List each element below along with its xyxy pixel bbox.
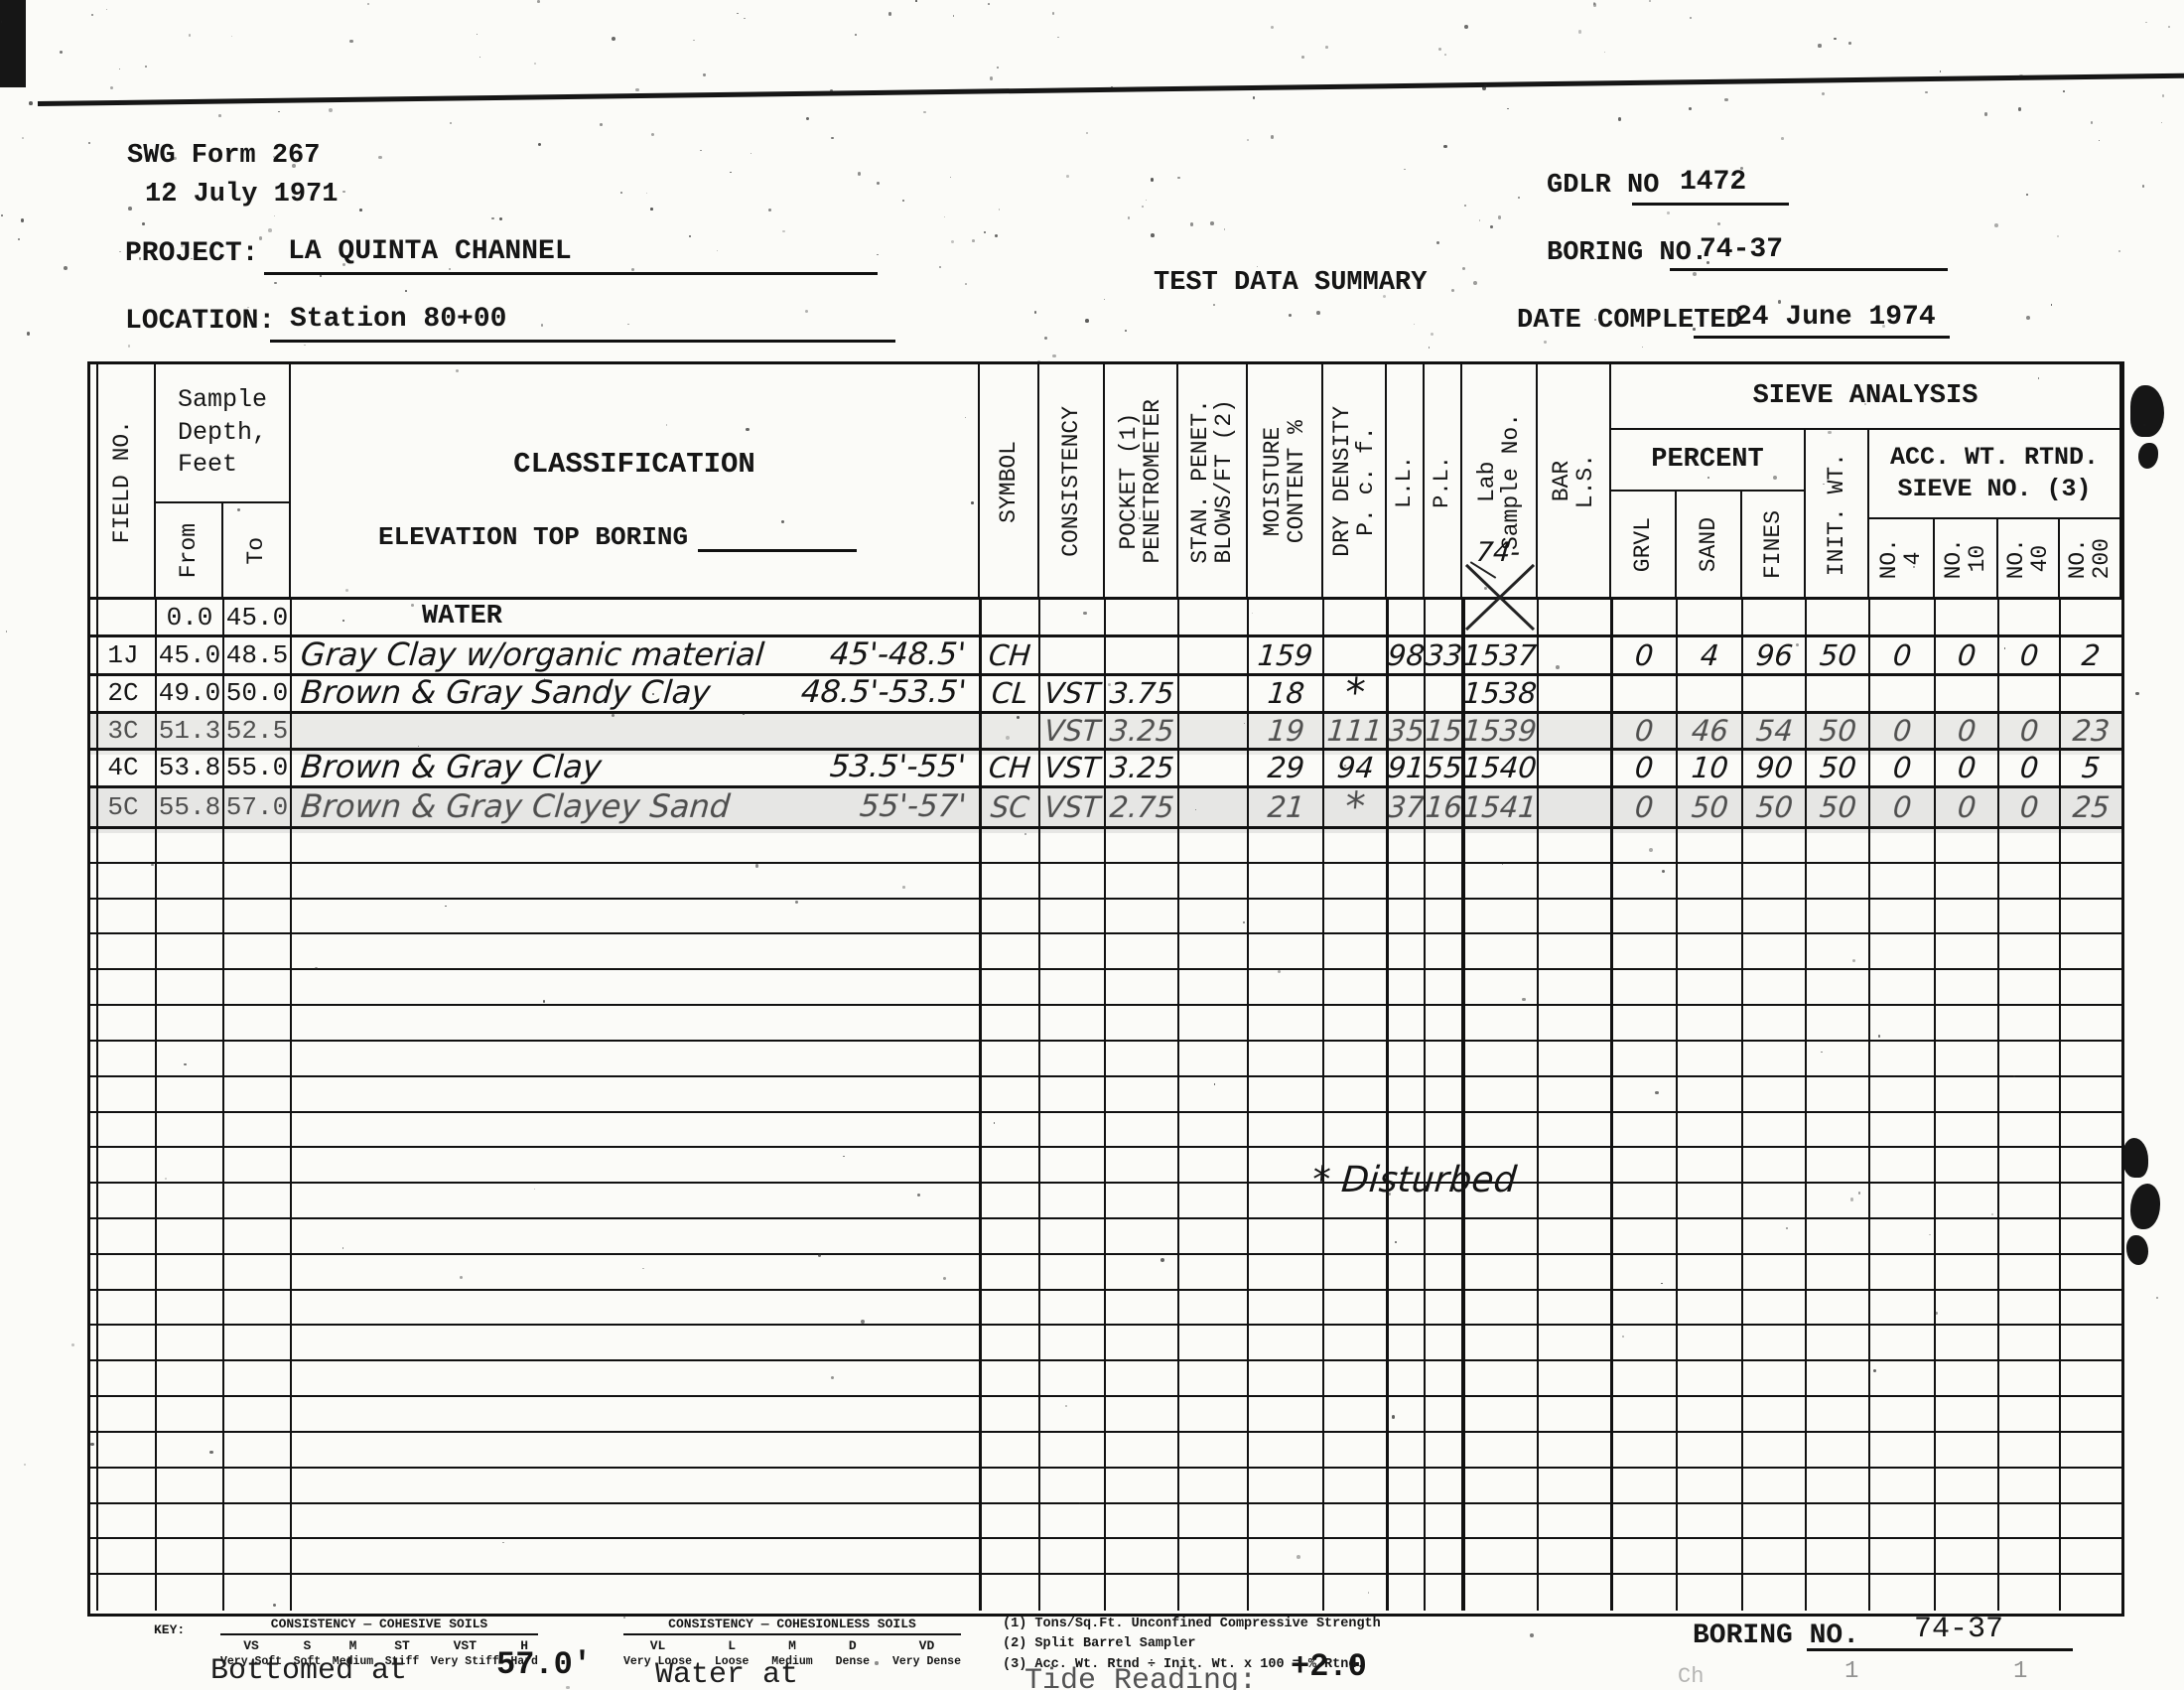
scan-noise-speck <box>1649 0 1651 2</box>
scan-noise-speck <box>2145 22 2147 24</box>
scan-noise-speck <box>620 192 622 194</box>
classification-cell: Brown & Gray Clayey Sand55'-57' <box>291 780 980 831</box>
to-header: To <box>223 503 291 599</box>
table-cell-init: 50 <box>1806 784 1869 829</box>
table-cell-grvl: 0 <box>1611 747 1677 788</box>
scan-noise-speck <box>1848 42 1851 45</box>
scan-noise-speck <box>1498 215 1502 219</box>
scan-noise-speck <box>479 57 480 58</box>
percent-header: PERCENT <box>1611 430 1806 492</box>
scan-noise-speck <box>953 15 954 16</box>
percent-header-label: PERCENT <box>1651 445 1763 475</box>
bar-ls-header-label: BAR L.S. <box>1550 454 1597 508</box>
field-value: 5C <box>107 792 138 822</box>
n10-value: 0 <box>1956 751 1977 784</box>
moist-value: 18 <box>1266 676 1305 710</box>
table-cell-symbol: CH <box>980 747 1039 788</box>
sieve-analysis-header: SIEVE ANALYSIS <box>1611 364 2121 430</box>
location-label: LOCATION: <box>125 306 275 337</box>
table-cell-field: 2C <box>90 672 156 714</box>
scan-noise-speck <box>1530 1633 1534 1637</box>
n200-value: 2 <box>2080 638 2101 672</box>
faint-sheet-mark: Ch <box>1678 1664 1704 1689</box>
table-hline <box>90 1467 2121 1469</box>
from-value: 0.0 <box>167 603 213 633</box>
init-value: 50 <box>1818 790 1857 824</box>
scan-noise-speck <box>1247 139 1249 141</box>
scan-noise-speck <box>666 424 667 425</box>
scan-noise-speck <box>1289 314 1292 317</box>
table-cell-n40: 0 <box>1998 634 2060 676</box>
scan-noise-speck <box>1429 347 1430 348</box>
scan-ink-blob <box>2130 1184 2160 1229</box>
consistency-header-label: CONSISTENCY <box>1059 406 1083 557</box>
scan-noise-speck <box>831 137 833 139</box>
from-value: 45.0 <box>159 640 220 670</box>
scan-ink-blob <box>2122 1138 2148 1178</box>
table-cell-moist: 159 <box>1248 634 1323 676</box>
scan-noise-speck <box>1151 233 1155 237</box>
scan-noise-speck <box>746 428 749 431</box>
scan-noise-speck <box>1822 92 1826 96</box>
scan-noise-speck <box>1834 38 1837 41</box>
table-cell-from: 53.8 <box>156 747 223 788</box>
from-value: 55.8 <box>159 792 220 822</box>
field-value: 4C <box>107 753 138 782</box>
ll-value: 98 <box>1386 638 1426 672</box>
table-hline <box>90 898 2121 900</box>
scan-noise-speck <box>1518 197 1520 199</box>
scan-noise-speck <box>1213 304 1215 306</box>
lab-value: 1539 <box>1462 714 1539 748</box>
scan-noise-speck <box>855 34 857 36</box>
scan-noise-speck <box>534 1189 535 1190</box>
scan-noise-speck <box>2026 316 2030 320</box>
scan-noise-speck <box>29 101 33 105</box>
pl-value: 16 <box>1424 790 1463 824</box>
scan-noise-speck <box>359 209 362 211</box>
sand-value: 4 <box>1699 638 1719 672</box>
symbol-header-label: SYMBOL <box>997 441 1021 523</box>
from-value: 49.0 <box>159 678 220 708</box>
table-cell-n40: 0 <box>1998 747 2060 788</box>
scan-noise-speck <box>1436 241 1439 244</box>
scan-noise-speck <box>1852 959 1855 962</box>
scan-ink-blob <box>2126 1235 2148 1265</box>
scan-noise-speck <box>2162 94 2165 97</box>
scan-noise-speck <box>184 1063 186 1065</box>
scan-noise-speck <box>1858 1192 1860 1194</box>
scan-noise-speck <box>1882 325 1885 328</box>
table-cell-fines: 90 <box>1742 747 1806 788</box>
table-cell-pl: 16 <box>1425 784 1462 829</box>
scan-noise-speck <box>71 1343 74 1346</box>
scan-noise-speck <box>304 345 306 347</box>
scan-noise-speck <box>345 589 348 592</box>
location-underline <box>270 310 895 343</box>
field-value: 2C <box>107 678 138 708</box>
scan-noise-speck <box>971 501 974 504</box>
ll-value: 35 <box>1386 714 1426 748</box>
scan-noise-speck <box>274 215 276 217</box>
scan-noise-speck <box>378 156 381 159</box>
scan-noise-speck <box>1935 1312 1938 1315</box>
table-cell-consist: VST <box>1039 784 1105 829</box>
table-cell-to: 52.5 <box>223 710 291 751</box>
scan-noise-speck <box>751 153 751 154</box>
scan-noise-speck <box>902 886 905 889</box>
project-label: PROJECT: <box>125 238 258 269</box>
scan-noise-speck <box>1482 86 1486 90</box>
scan-noise-speck <box>1593 3 1597 7</box>
scan-noise-speck <box>2143 424 2145 426</box>
grvl-header: GRVL <box>1611 492 1677 599</box>
pl-value: 55 <box>1424 751 1463 784</box>
grvl-value: 0 <box>1633 638 1654 672</box>
sand-value: 10 <box>1690 751 1729 784</box>
scan-noise-speck <box>268 228 272 232</box>
scan-noise-speck <box>21 218 24 221</box>
table-cell-ll: 37 <box>1387 784 1425 829</box>
scan-noise-speck <box>2018 107 2021 110</box>
scan-noise-speck <box>730 172 732 174</box>
scan-noise-speck <box>1984 112 1987 115</box>
table-cell-grvl: 0 <box>1611 634 1677 676</box>
n40-value: 0 <box>2018 790 2039 824</box>
scan-noise-speck <box>90 1443 94 1447</box>
ll-value: 37 <box>1386 790 1426 824</box>
scan-noise-speck <box>1052 354 1056 358</box>
moist-value: 159 <box>1257 638 1314 672</box>
table-cell-sand: 4 <box>1677 634 1742 676</box>
key-cohesionless-title: CONSISTENCY — COHESIONLESS SOILS <box>623 1617 961 1635</box>
scan-noise-speck <box>209 1451 212 1454</box>
bar-ls-header: BAR L.S. <box>1538 364 1611 599</box>
table-cell-n40: 0 <box>1998 710 2060 751</box>
depth-range-text: 55'-57' <box>858 788 967 824</box>
scan-noise-speck <box>1044 337 1047 340</box>
fines-value: 96 <box>1754 638 1794 672</box>
init-value: 50 <box>1818 714 1857 748</box>
table-hline <box>90 1040 2121 1042</box>
lab-value: 1538 <box>1462 676 1539 710</box>
scan-noise-speck <box>2118 250 2120 252</box>
scan-noise-speck <box>1994 223 1998 227</box>
grvl-header-label: GRVL <box>1631 517 1655 572</box>
table-hline <box>90 968 2121 970</box>
table-cell-dry: 94 <box>1323 747 1387 788</box>
scan-noise-speck <box>1210 221 1214 225</box>
table-cell-n200: 25 <box>2060 784 2121 829</box>
table-cell-from: 55.8 <box>156 784 223 829</box>
cohesive-key-item-abbr: VST <box>431 1638 499 1653</box>
sieve-analysis-header-label: SIEVE ANALYSIS <box>1753 381 1979 411</box>
scan-noise-speck <box>145 66 146 67</box>
table-cell-sand: 46 <box>1677 710 1742 751</box>
x-mark-icon <box>1462 559 1538 635</box>
scan-noise-speck <box>106 9 107 10</box>
table-left-double-line <box>96 361 98 1611</box>
scan-noise-speck <box>1214 1083 1215 1084</box>
scan-noise-speck <box>1006 736 1010 740</box>
scan-noise-speck <box>806 117 809 120</box>
scan-noise-speck <box>1271 26 1274 29</box>
scan-noise-speck <box>1128 216 1130 218</box>
scan-noise-speck <box>6 631 7 632</box>
grvl-value: 0 <box>1633 751 1654 784</box>
cohesionless-key-item-abbr: L <box>715 1638 750 1653</box>
moist-value: 29 <box>1266 751 1305 784</box>
scan-noise-speck <box>1479 219 1481 221</box>
table-cell-ll: 35 <box>1387 710 1425 751</box>
table-cell-n4: 0 <box>1869 710 1935 751</box>
scan-noise-speck <box>689 235 692 238</box>
pocket-value: 3.75 <box>1108 676 1175 710</box>
scan-noise-speck <box>1066 175 1069 178</box>
scan-noise-speck <box>1689 107 1692 110</box>
scan-noise-speck <box>1473 281 1477 285</box>
acc-wt-header: ACC. WT. RTND. SIEVE NO. (3) <box>1869 430 2121 519</box>
n10-value: 0 <box>1956 790 1977 824</box>
grvl-value: 0 <box>1633 790 1654 824</box>
classification-text: Brown & Gray Clayey Sand <box>299 787 732 825</box>
scan-noise-speck <box>60 51 63 54</box>
scan-noise-speck <box>1706 261 1709 264</box>
table-cell-grvl: 0 <box>1611 710 1677 751</box>
scan-noise-speck <box>877 182 880 185</box>
scan-noise-speck <box>2026 194 2028 196</box>
scan-noise-speck <box>405 290 407 292</box>
sample-depth-header: Sample Depth, Feet <box>156 364 291 503</box>
dry-density-header-label: DRY DENSITY P. c. f. <box>1330 406 1378 557</box>
scan-noise-speck <box>329 108 333 112</box>
classification-cell: Brown & Gray Sandy Clay48.5'-53.5' <box>291 668 980 716</box>
fines-value: 50 <box>1754 790 1794 824</box>
scan-noise-speck <box>1052 12 1055 15</box>
consist-value: VST <box>1043 676 1102 710</box>
scan-noise-speck <box>650 208 653 211</box>
init-value: 50 <box>1818 638 1857 672</box>
bottomed-at-value: 57.0' <box>496 1646 592 1683</box>
scan-noise-speck <box>755 864 758 867</box>
key-footnote: (1) Tons/Sq.Ft. Unconfined Compressive S… <box>1003 1615 1381 1634</box>
scan-noise-speck <box>782 230 784 232</box>
key-label: KEY: <box>154 1622 185 1637</box>
scan-noise-speck <box>1146 200 1147 201</box>
scan-noise-speck <box>1796 643 1799 646</box>
table-cell-field: 1J <box>90 634 156 676</box>
scan-noise-speck <box>342 191 344 193</box>
scan-noise-speck <box>27 332 31 336</box>
scan-noise-speck <box>1667 211 1670 214</box>
scan-corner-mark <box>0 0 26 87</box>
scan-noise-speck <box>1017 716 1020 719</box>
doc-title: TEST DATA SUMMARY <box>1154 268 1427 298</box>
table-hline <box>90 1146 2121 1148</box>
init-wt-header-label: INIT. WT. <box>1825 453 1848 576</box>
table-hline <box>90 1431 2121 1433</box>
test-data-table: FIELD NO.Sample Depth, FeetFromToCLASSIF… <box>87 361 2124 1617</box>
sample-depth-header-label: Sample Depth, Feet <box>178 384 267 482</box>
table-cell-lab: 1537 <box>1462 634 1538 676</box>
table-cell-sand: 10 <box>1677 747 1742 788</box>
faint-sheet-mark: 1 <box>1844 1658 1858 1685</box>
moisture-content-header-label: MOISTURE CONTENT % <box>1261 420 1308 543</box>
scan-noise-speck <box>988 3 990 5</box>
scan-noise-speck <box>411 604 414 607</box>
fines-value: 54 <box>1754 714 1794 748</box>
scan-noise-speck <box>1557 316 1560 319</box>
scan-noise-speck <box>1451 289 1454 292</box>
scan-noise-speck <box>939 266 941 268</box>
scan-noise-speck <box>142 222 145 225</box>
fines-header: FINES <box>1742 492 1806 599</box>
scan-noise-speck <box>2051 304 2053 306</box>
classification-text: WATER <box>422 602 502 632</box>
symbol-value: CH <box>987 638 1031 672</box>
tide-reading-value: +2.0 <box>1291 1648 1367 1685</box>
table-cell-lab: 1540 <box>1462 747 1538 788</box>
scan-noise-speck <box>1690 17 1692 19</box>
table-cell-field: 5C <box>90 784 156 829</box>
moist-value: 19 <box>1266 714 1305 748</box>
scan-noise-speck <box>292 164 296 168</box>
scan-noise-speck <box>743 713 745 715</box>
n200-value: 23 <box>2071 714 2111 748</box>
scan-noise-speck <box>342 620 343 621</box>
table-hline <box>90 1537 2121 1539</box>
faint-sheet-mark: 1 <box>2013 1658 2027 1685</box>
table-hline <box>90 1111 2121 1113</box>
cohesive-key-item-abbr: S <box>294 1638 322 1653</box>
scan-noise-speck <box>652 693 654 695</box>
scan-noise-speck <box>1443 145 1447 149</box>
scan-noise-speck <box>231 36 232 37</box>
to-value: 45.0 <box>226 603 288 633</box>
table-cell-dry: * <box>1323 784 1387 829</box>
lab-value: 1540 <box>1462 751 1539 784</box>
scan-noise-speck <box>1086 132 1088 134</box>
scan-noise-speck <box>64 266 68 270</box>
table-hline <box>90 1253 2121 1255</box>
scan-noise-speck <box>1724 98 1727 101</box>
scan-noise-speck <box>1444 54 1446 56</box>
scan-noise-speck <box>1160 1258 1164 1262</box>
scan-noise-speck <box>541 324 543 326</box>
table-cell-dry: 111 <box>1323 710 1387 751</box>
scan-noise-speck <box>544 678 545 679</box>
gdlr-underline <box>1632 175 1789 206</box>
bottomed-at-label: Bottomed at <box>210 1654 407 1688</box>
table-hline <box>90 862 2121 864</box>
scan-noise-speck <box>999 209 1001 211</box>
table-cell-n200: 2 <box>2060 634 2121 676</box>
scan-noise-speck <box>349 40 352 43</box>
acc-wt-header-label: ACC. WT. RTND. SIEVE NO. (3) <box>1890 442 2099 506</box>
table-cell-n40: 0 <box>1998 784 2060 829</box>
scan-noise-speck <box>693 40 695 42</box>
sand-header: SAND <box>1677 492 1742 599</box>
scan-noise-speck <box>1618 117 1622 121</box>
field-no-header: FIELD NO. <box>90 364 156 599</box>
symbol-header: SYMBOL <box>980 364 1039 599</box>
scan-noise-speck <box>1301 56 1304 59</box>
table-cell-to: 50.0 <box>223 672 291 714</box>
lab-value: 1541 <box>1462 790 1539 824</box>
scan-noise-speck <box>1786 1227 1788 1229</box>
sand-value: 46 <box>1690 714 1729 748</box>
field-value: 3C <box>107 716 138 746</box>
scan-noise-speck <box>537 0 540 3</box>
no40-header: NO. 40 <box>1998 519 2060 599</box>
table-cell-from: 0.0 <box>156 597 223 637</box>
no10-header: NO. 10 <box>1935 519 1998 599</box>
table-hline <box>90 1573 2121 1575</box>
scan-noise-speck <box>830 89 833 92</box>
table-cell-field: 3C <box>90 710 156 751</box>
table-cell-fines: 54 <box>1742 710 1806 751</box>
table-cell-pl: 15 <box>1425 710 1462 751</box>
scan-noise-speck <box>450 122 452 124</box>
to-value: 52.5 <box>226 716 288 746</box>
scan-noise-speck <box>2168 26 2170 28</box>
scan-noise-speck <box>2063 90 2065 92</box>
stan-penet-header: STAN. PENET. BLOWS/FT (2) <box>1178 364 1248 599</box>
symbol-value: CH <box>987 751 1031 784</box>
table-hline <box>90 1359 2121 1361</box>
ll-header: L.L. <box>1387 364 1425 599</box>
pl-header: P.L. <box>1425 364 1462 599</box>
scan-noise-speck <box>24 1464 26 1466</box>
no10-header-label: NO. 10 <box>1942 538 1989 579</box>
table-cell-to: 55.0 <box>223 747 291 788</box>
dry-density-header: DRY DENSITY P. c. f. <box>1323 364 1387 599</box>
table-cell-pocket: 3.75 <box>1105 672 1178 714</box>
cohesionless-key-item-abbr: D <box>836 1638 871 1653</box>
n200-value: 5 <box>2080 751 2101 784</box>
table-cell-fines: 96 <box>1742 634 1806 676</box>
sand-value: 50 <box>1690 790 1729 824</box>
classification-text: Brown & Gray Sandy Clay <box>299 673 712 711</box>
table-cell-n10: 0 <box>1935 710 1998 751</box>
scan-noise-speck <box>1034 311 1036 313</box>
scan-noise-speck <box>1818 44 1821 47</box>
scanned-form-page: SWG Form 267 12 July 1971 PROJECT: LA QU… <box>0 0 2184 1690</box>
consistency-header: CONSISTENCY <box>1039 364 1105 599</box>
scan-noise-speck <box>2142 185 2145 188</box>
scan-noise-speck <box>902 200 904 202</box>
table-hline <box>90 1217 2121 1219</box>
scan-noise-speck <box>22 137 24 139</box>
n4-value: 0 <box>1891 638 1912 672</box>
scan-noise-speck <box>1850 1197 1853 1200</box>
scan-noise-speck <box>538 143 541 146</box>
scan-noise-speck <box>110 86 113 89</box>
table-hline <box>90 1075 2121 1077</box>
scan-ink-blob <box>2138 443 2158 469</box>
scan-noise-speck <box>951 240 954 243</box>
scan-noise-speck <box>1661 1283 1663 1285</box>
table-cell-n10: 0 <box>1935 747 1998 788</box>
consist-value: VST <box>1043 751 1102 784</box>
pocket-value: 3.25 <box>1108 751 1175 784</box>
scan-noise-speck <box>1642 347 1643 348</box>
scan-ink-blob <box>2130 385 2164 437</box>
n40-value: 0 <box>2018 714 2039 748</box>
table-cell-n200: 5 <box>2060 747 2121 788</box>
table-cell-pl: 55 <box>1425 747 1462 788</box>
scan-noise-speck <box>915 0 916 1</box>
